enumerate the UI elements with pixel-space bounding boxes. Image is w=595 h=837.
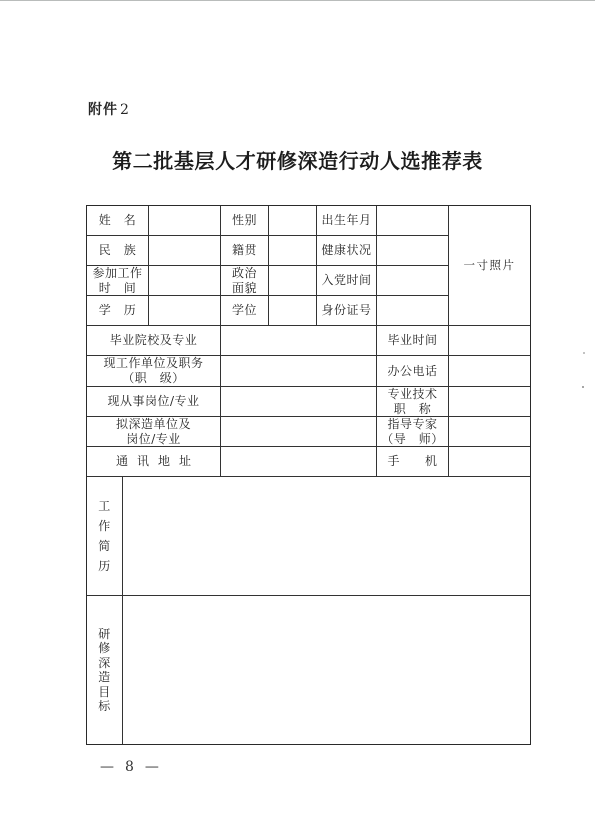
ethnicity-label-text: 民 族 [99,243,137,258]
mobile-label: 手 机 [376,446,449,477]
study-goals-label-char: 修 [98,641,111,656]
office-phone-label: 办公电话 [376,355,449,387]
current-employer-position-label-line1: 现工作单位及职务 [103,356,203,371]
current-post-specialty-label-text: 现从事岗位/专业 [107,394,199,409]
study-goals-label-char: 造 [98,670,111,685]
study-goals-label: 研 修 深 造 目 标 [86,595,123,745]
id-number-label-text: 身份证号 [321,303,371,318]
study-goals-value [122,595,531,745]
attachment-label: 附件2 [88,102,129,118]
health-status-value [376,235,449,266]
gender-value [268,205,317,236]
current-employer-position-value [220,355,377,387]
target-unit-post-label-line2: 岗位/专业 [126,432,181,447]
page-number-left-dash: — [100,759,114,775]
political-status-label-line1: 政治 [232,266,257,281]
education-label: 学 历 [86,295,149,326]
study-goals-label-char: 标 [98,699,111,714]
page-number-right-dash: — [145,759,159,775]
graduate-school-major-label-text: 毕业院校及专业 [110,333,198,348]
work-resume-label: 工 作 简 历 [86,476,123,596]
graduation-time-label-text: 毕业时间 [387,333,437,348]
graduate-school-major-label: 毕业院校及专业 [86,325,221,356]
graduation-time-value [448,325,531,356]
gender-label-text: 性别 [232,213,257,228]
professional-title-label-line1: 专业技术 [387,387,437,402]
graduation-time-label: 毕业时间 [376,325,449,356]
form-title: 第二批基层人才研修深造行动人选推荐表 [0,149,595,173]
political-status-label-line2: 面貌 [232,281,257,296]
birth-date-label-text: 出生年月 [321,213,371,228]
birth-date-value [376,205,449,236]
mentor-label-line2: （导 师） [381,432,444,447]
office-phone-label-text: 办公电话 [387,364,437,379]
native-place-value [268,235,317,266]
health-status-label-text: 健康状况 [321,243,371,258]
study-goals-label-char: 目 [98,685,111,700]
political-status-value [268,265,317,296]
scan-speck [583,352,585,354]
degree-value [268,295,317,326]
photo-placeholder-text: 一寸照片 [464,258,516,273]
native-place-label-text: 籍贯 [232,243,257,258]
work-start-time-label: 参加工作 时 间 [86,265,149,296]
mobile-label-text: 手 机 [387,454,437,469]
mailing-address-label-text: 通讯地址 [107,454,200,469]
native-place-label: 籍贯 [220,235,269,266]
mentor-value [448,416,531,447]
mentor-label: 指导专家 （导 师） [376,416,449,447]
professional-title-label-line2: 职 称 [394,402,432,417]
education-label-text: 学 历 [99,303,137,318]
current-post-specialty-label: 现从事岗位/专业 [86,386,221,417]
name-label-text: 姓 名 [99,213,137,228]
office-phone-value [448,355,531,387]
attachment-keyword: 附件 [88,102,118,118]
id-number-label: 身份证号 [316,295,377,326]
current-employer-position-label-line2: （职 级） [122,371,185,386]
work-start-time-label-line2: 时 间 [99,281,137,296]
target-unit-post-label-line1: 拟深造单位及 [116,417,191,432]
degree-label-text: 学位 [232,303,257,318]
photo-placeholder: 一寸照片 [448,205,531,326]
gender-label: 性别 [220,205,269,236]
mentor-label-line1: 指导专家 [387,417,437,432]
work-resume-label-char: 工 [98,496,111,516]
graduate-school-major-value [220,325,377,356]
education-value [148,295,221,326]
work-resume-label-char: 作 [98,516,111,536]
birth-date-label: 出生年月 [316,205,377,236]
page-number-value: 8 [125,759,134,775]
work-resume-label-char: 历 [98,556,111,576]
current-employer-position-label: 现工作单位及职务 （职 级） [86,355,221,387]
scan-speck [582,386,584,388]
target-unit-post-value [220,416,377,447]
mailing-address-value [220,446,377,477]
professional-title-value [448,386,531,417]
name-value [148,205,221,236]
scan-top-edge [0,0,595,1]
attachment-number: 2 [120,102,129,118]
work-start-time-value [148,265,221,296]
mailing-address-label: 通讯地址 [86,446,221,477]
degree-label: 学位 [220,295,269,326]
study-goals-label-char: 研 [98,627,111,642]
study-goals-label-char: 深 [98,656,111,671]
mobile-value [448,446,531,477]
party-join-time-label: 入党时间 [316,265,377,296]
work-start-time-label-line1: 参加工作 [92,266,142,281]
ethnicity-label: 民 族 [86,235,149,266]
party-join-time-value [376,265,449,296]
target-unit-post-label: 拟深造单位及 岗位/专业 [86,416,221,447]
professional-title-label: 专业技术 职 称 [376,386,449,417]
ethnicity-value [148,235,221,266]
name-label: 姓 名 [86,205,149,236]
work-resume-value [122,476,531,596]
id-number-value [376,295,449,326]
current-post-specialty-value [220,386,377,417]
political-status-label: 政治 面貌 [220,265,269,296]
work-resume-label-char: 简 [98,536,111,556]
page-number: —8— [100,759,159,775]
party-join-time-label-text: 入党时间 [321,273,371,288]
health-status-label: 健康状况 [316,235,377,266]
